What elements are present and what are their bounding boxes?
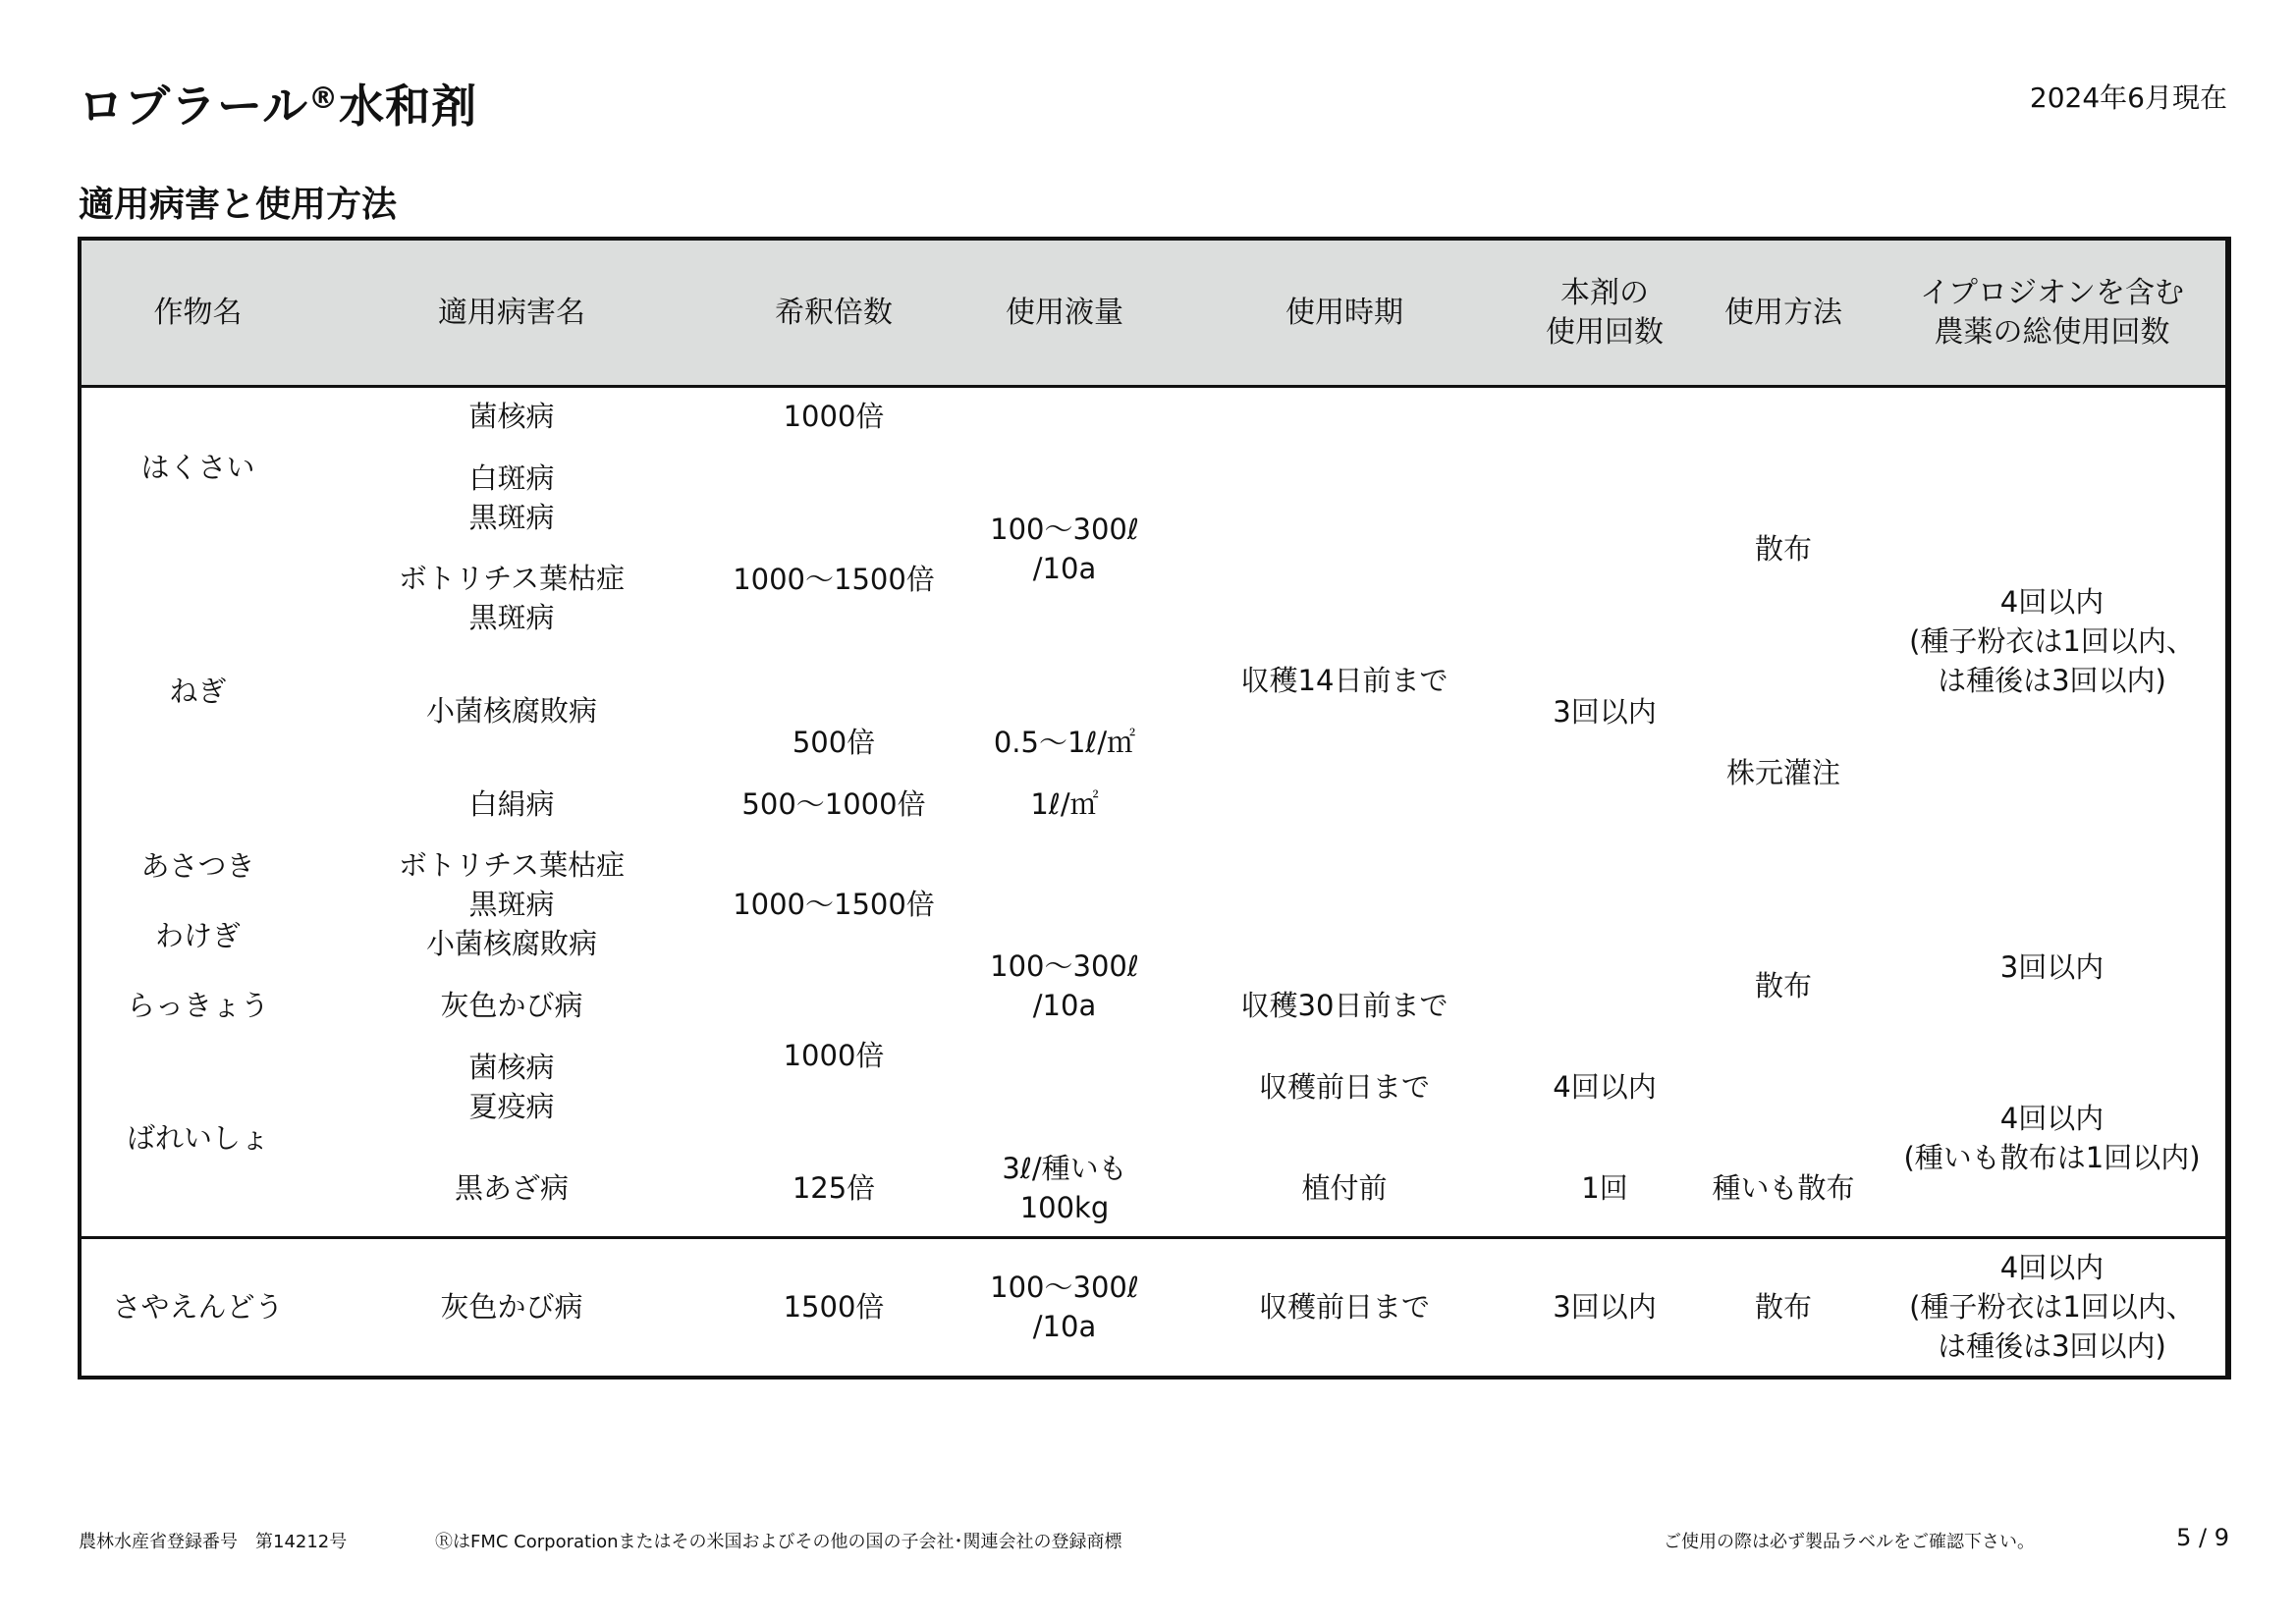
dilution-cell: 1000倍 <box>706 974 963 1139</box>
disease-cell: 白絹病 <box>317 773 708 837</box>
column-header-disease: 適用病害名 <box>317 241 708 388</box>
disease-cell: ボトリチス葉枯症 黒斑病 小菌核腐敗病 <box>317 835 708 976</box>
method-cell: 散布 <box>1688 1238 1881 1378</box>
crop-sayaendo: さやえんどう <box>79 1238 319 1378</box>
header-divider <box>78 385 2231 388</box>
disease-cell: 小菌核腐敗病 <box>317 648 708 775</box>
crop-bareisho: ばれいしょ <box>79 1037 319 1240</box>
disease-cell: 菌核病 <box>317 386 708 449</box>
dilution-cell: 1500倍 <box>706 1238 963 1378</box>
column-header-volume: 使用液量 <box>961 241 1170 388</box>
volume-cell: 3ℓ/種いも 100kg <box>961 1137 1170 1240</box>
dilution-cell: 1000倍 <box>706 386 963 449</box>
dilution-cell: 500〜1000倍 <box>706 773 963 837</box>
volume-cell: 1ℓ/㎡ <box>961 773 1170 837</box>
count-cell: 1回 <box>1521 1137 1690 1240</box>
count-cell: 3回以内 <box>1521 386 1690 1039</box>
count-cell: 4回以内 <box>1521 1037 1690 1139</box>
crop-negi: ねぎ <box>79 548 319 837</box>
crop-rakkyo: らっきょう <box>79 974 319 1039</box>
method-cell: 散布 <box>1688 386 1881 713</box>
column-header-timing: 使用時期 <box>1168 241 1523 388</box>
method-cell: 種いも散布 <box>1688 1137 1881 1240</box>
timing-cell: 植付前 <box>1168 1137 1523 1240</box>
total-count-cell: 3回以内 <box>1879 896 2227 1039</box>
column-header-dilution: 希釈倍数 <box>706 241 963 388</box>
page-number: 5 / 9 <box>2176 1524 2229 1551</box>
dilution-cell: 1000〜1500倍 <box>706 447 963 713</box>
disease-cell: 白斑病 黒斑病 <box>317 447 708 550</box>
label-notice: ご使用の際は必ず製品ラベルをご確認下さい。 <box>1664 1528 2035 1553</box>
total-count-cell: 4回以内 (種子粉衣は1回以内、 は種後は3回以内) <box>1879 1238 2227 1378</box>
column-header-crop: 作物名 <box>79 241 319 388</box>
volume-cell: 0.5〜1ℓ/㎡ <box>961 711 1170 775</box>
group-divider <box>78 1236 2231 1239</box>
volume-cell: 100〜300ℓ /10a <box>961 386 1170 713</box>
total-count-cell: 4回以内 (種いも散布は1回以内) <box>1879 1037 2227 1240</box>
volume-cell: 100〜300ℓ /10a <box>961 835 1170 1139</box>
crop-asatsuki: あさつき <box>79 835 319 898</box>
registration-number: 農林水産省登録番号 第14212号 <box>79 1528 347 1553</box>
disease-cell: 黒あざ病 <box>317 1137 708 1240</box>
timing-cell: 収穫前日まで <box>1168 1037 1523 1139</box>
count-cell: 3回以内 <box>1521 1238 1690 1378</box>
disease-cell: 灰色かび病 <box>317 974 708 1039</box>
trademark-notice: ⓇはFMC Corporationまたはその米国およびその他の国の子会社･関連会… <box>435 1528 1122 1553</box>
total-count-cell: 4回以内 (種子粉衣は1回以内、 は種後は3回以内) <box>1879 386 2227 898</box>
dilution-cell: 125倍 <box>706 1137 963 1240</box>
usage-table: 作物名 適用病害名 希釈倍数 使用液量 使用時期 本剤の 使用回数 使用方法 イ… <box>0 0 2296 1623</box>
disease-cell: 菌核病 夏疫病 <box>317 1037 708 1139</box>
method-cell: 散布 <box>1688 835 1881 1139</box>
column-header-method: 使用方法 <box>1688 241 1881 388</box>
disease-cell: ボトリチス葉枯症 黒斑病 <box>317 548 708 650</box>
crop-hakusai: はくさい <box>79 386 319 550</box>
column-header-total-count: イプロジオンを含む 農薬の総使用回数 <box>1879 241 2227 388</box>
volume-cell: 100〜300ℓ /10a <box>961 1238 1170 1378</box>
dilution-cell: 500倍 <box>706 711 963 775</box>
timing-cell: 収穫14日前まで <box>1168 386 1523 976</box>
crop-wakegi: わけぎ <box>79 896 319 976</box>
disease-cell: 灰色かび病 <box>317 1238 708 1378</box>
timing-cell: 収穫前日まで <box>1168 1238 1523 1378</box>
dilution-cell: 1000〜1500倍 <box>706 835 963 976</box>
column-header-count: 本剤の 使用回数 <box>1521 241 1690 388</box>
method-cell: 株元灌注 <box>1688 711 1881 837</box>
timing-cell: 収穫30日前まで <box>1168 974 1523 1039</box>
